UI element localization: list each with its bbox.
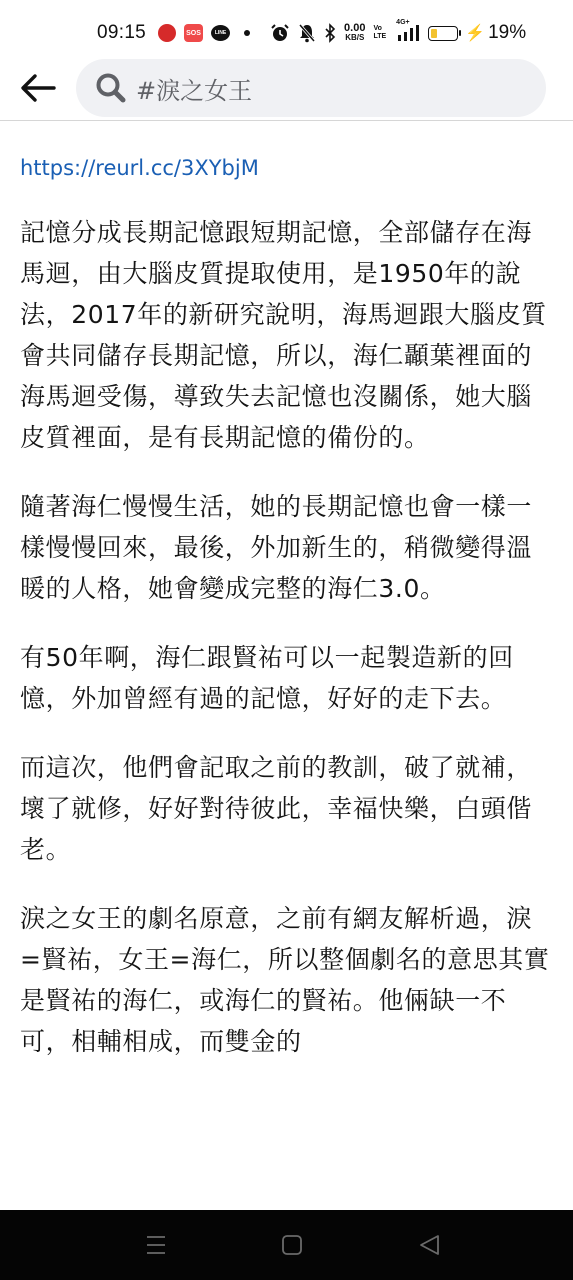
mute-bell-icon xyxy=(298,23,316,43)
search-bar[interactable] xyxy=(76,59,546,117)
line-app-icon: LINE xyxy=(211,25,230,41)
post-content: https://reurl.cc/3XYbjM 記憶分成長期記憶跟短期記憶，全部… xyxy=(20,148,550,1062)
more-notifications-dot-icon xyxy=(244,30,250,36)
signal-4g-icon: 4G+ xyxy=(396,23,420,43)
search-input[interactable] xyxy=(136,74,516,102)
back-button[interactable] xyxy=(0,57,76,119)
volte-top: Vo xyxy=(373,25,386,33)
post-paragraph: 而這次，他們會記取之前的教訓，破了就補，壞了就修，好好對待彼此，幸福快樂，白頭偕… xyxy=(20,747,550,870)
header-divider xyxy=(0,120,573,121)
arrow-left-icon xyxy=(20,73,56,103)
post-link[interactable]: https://reurl.cc/3XYbjM xyxy=(20,148,550,192)
alarm-icon xyxy=(270,23,290,43)
back-triangle-icon xyxy=(418,1234,442,1256)
volte-indicator: Vo LTE xyxy=(373,25,386,41)
network-speed-value: 0.00 xyxy=(344,24,365,33)
battery-level xyxy=(431,29,437,38)
system-navigation-bar xyxy=(0,1210,573,1280)
status-bar: 09:15 SOS LINE 0.00 KB/S Vo LTE 4G+ ⚡ 19… xyxy=(0,0,573,56)
signal-label: 4G+ xyxy=(396,19,409,26)
volte-bottom: LTE xyxy=(373,33,386,41)
home-icon xyxy=(280,1234,304,1256)
sos-icon: SOS xyxy=(184,24,203,42)
post-paragraph: 記憶分成長期記憶跟短期記憶，全部儲存在海馬迴，由大腦皮質提取使用，是1950年的… xyxy=(20,212,550,458)
red-app-notification-icon xyxy=(158,24,176,42)
battery-icon xyxy=(428,26,458,41)
battery-percent: 19% xyxy=(488,22,526,44)
search-header xyxy=(0,57,573,119)
post-paragraph: 有50年啊，海仁跟賢祐可以一起製造新的回憶，外加曾經有過的記憶，好好的走下去。 xyxy=(20,637,550,719)
search-icon xyxy=(94,71,128,105)
system-back-button[interactable] xyxy=(418,1234,442,1256)
charging-bolt-icon: ⚡ xyxy=(465,23,485,43)
post-paragraph: 淚之女王的劇名原意，之前有網友解析過，淚=賢祐，女王=海仁，所以整個劇名的意思其… xyxy=(20,898,550,1062)
home-button[interactable] xyxy=(280,1234,304,1256)
bluetooth-icon xyxy=(324,23,336,43)
recent-apps-button[interactable] xyxy=(144,1234,168,1256)
post-paragraph: 隨著海仁慢慢生活，她的長期記憶也會一樣一樣慢慢回來，最後，外加新生的，稍微變得溫… xyxy=(20,486,550,609)
network-speed-unit: KB/S xyxy=(345,33,364,42)
recent-apps-icon xyxy=(144,1234,168,1256)
network-speed: 0.00 KB/S xyxy=(344,24,365,42)
status-time: 09:15 xyxy=(97,22,146,44)
